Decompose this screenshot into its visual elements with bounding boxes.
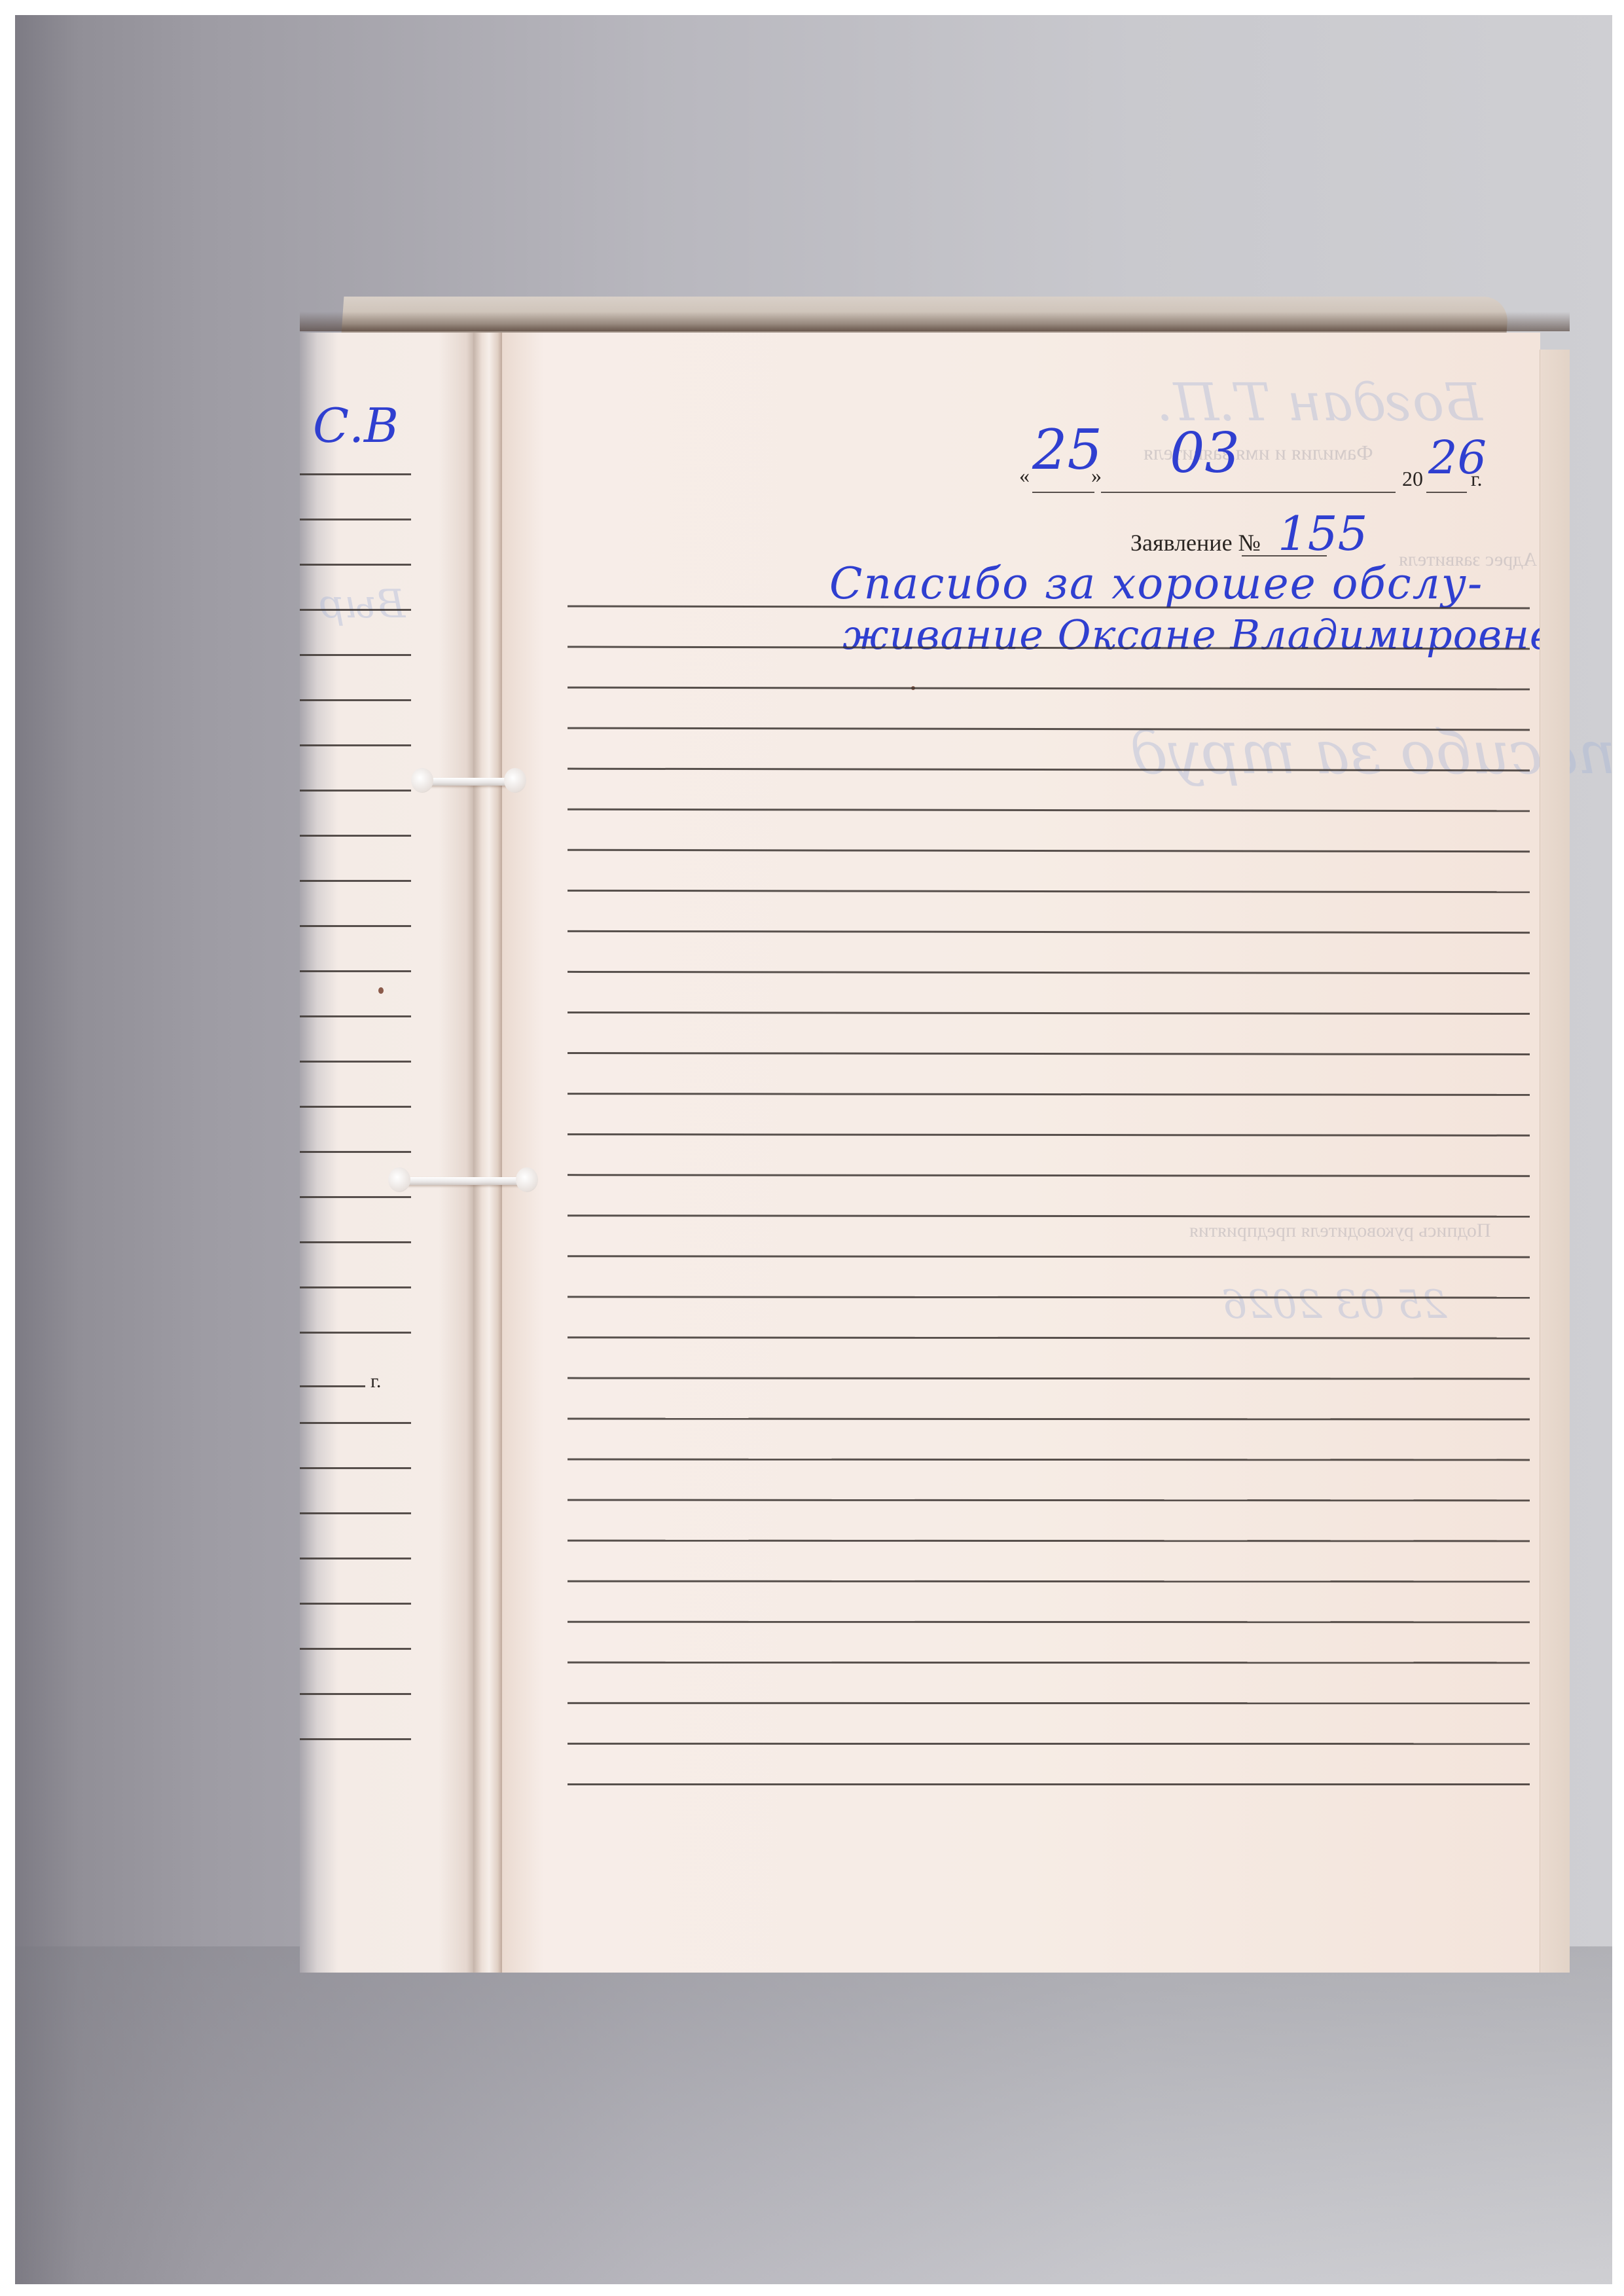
stub-ruled-line (300, 970, 411, 972)
stub-ruled-line (300, 835, 411, 837)
ruled-line (568, 971, 1530, 974)
ruled-line (568, 1255, 1530, 1258)
binding-knot-bottom-right (516, 1167, 538, 1192)
table-shadow (15, 1946, 1612, 2284)
date-year-underline (1426, 492, 1467, 493)
paper-speck (378, 987, 384, 994)
stub-ruled-line (300, 1015, 411, 1017)
ruled-line (568, 1743, 1530, 1745)
stub-ruled-line (300, 1648, 411, 1650)
form-page: Фамилия и имя заявителя Богдан Т.П. Адре… (502, 333, 1540, 1973)
stub-ruled-line (300, 880, 411, 882)
stub-ruled-line (300, 654, 411, 656)
stub-ruled-line (300, 1693, 411, 1695)
date-month: 03 (1170, 421, 1240, 485)
ruled-line (568, 1052, 1530, 1055)
ruled-line (568, 1540, 1530, 1542)
date-open-quote: « (1019, 464, 1030, 488)
ruled-line (568, 1621, 1530, 1624)
date-month-underline (1101, 492, 1396, 493)
stub-ruled-line (300, 473, 411, 475)
stub-ruled-line (300, 1558, 411, 1559)
ruled-line (568, 687, 1530, 691)
stub-ruled-line (300, 1196, 411, 1198)
left-year-mark: г. (370, 1370, 381, 1393)
left-page-stub: С.В г. Выр (300, 333, 473, 1973)
statement-label: Заявление № (1130, 529, 1261, 556)
ruled-line (568, 1336, 1530, 1339)
binding-knot-bottom-left (388, 1167, 410, 1192)
ruled-line (568, 1011, 1530, 1015)
complaint-book: С.В г. Выр Фамилия и имя заявителя Богда… (300, 326, 1570, 1973)
stub-ruled-line (300, 925, 411, 927)
ruled-line (568, 1417, 1530, 1420)
stub-ruled-line (300, 699, 411, 701)
stub-ruled-line (300, 790, 411, 792)
stub-ruled-line (300, 1061, 411, 1063)
statement-number-underline (1242, 555, 1327, 556)
stub-year-line (300, 1385, 365, 1387)
ruled-line (568, 930, 1530, 934)
stub-ruled-line (300, 744, 411, 746)
scan-background: С.В г. Выр Фамилия и имя заявителя Богда… (15, 15, 1612, 2284)
ruled-line (568, 1093, 1530, 1096)
stub-ruled-line (300, 609, 411, 611)
stub-ruled-line (300, 1241, 411, 1243)
stub-ruled-line (300, 1512, 411, 1514)
ruled-line (568, 849, 1530, 852)
stub-ruled-line (300, 564, 411, 566)
date-year-mark: г. (1471, 467, 1483, 491)
binding-spine (473, 333, 502, 1973)
ruled-line (568, 809, 1530, 812)
ruled-line (568, 1580, 1530, 1583)
body-line-1: Спасибо за хорошее обслу- (829, 558, 1483, 609)
stub-ruled-line (300, 1332, 411, 1334)
ruled-line (568, 1174, 1530, 1177)
statement-number: 155 (1278, 506, 1367, 561)
ruled-line (568, 1214, 1530, 1218)
stub-ruled-line (300, 519, 411, 520)
stub-ruled-line (300, 1467, 411, 1469)
body-line-2: живание Оксане Владимировне (842, 611, 1555, 659)
ruled-line (568, 1377, 1530, 1379)
date-close-quote: » (1091, 464, 1102, 488)
book-top-shadow (300, 312, 1570, 331)
stub-ruled-line (300, 1422, 411, 1424)
ruled-line (568, 1133, 1530, 1137)
left-fragment-handwriting: С.В (313, 398, 399, 453)
date-day-underline (1032, 492, 1094, 493)
page-block-edge (1540, 350, 1570, 1973)
ruled-line (568, 1662, 1530, 1664)
date-year-prefix: 20 (1402, 467, 1423, 491)
ruled-line (568, 890, 1530, 893)
ruled-line (568, 1499, 1530, 1502)
ruled-line (568, 1783, 1530, 1785)
ruled-line (568, 1702, 1530, 1704)
ruled-line (568, 1459, 1530, 1461)
bleed-signature-label: Подпись руководителя предприятия (1189, 1220, 1491, 1242)
binding-knot-top-right (504, 768, 526, 793)
stub-ruled-line (300, 1286, 411, 1288)
stub-ruled-line (300, 1603, 411, 1605)
stub-ruled-line (300, 1738, 411, 1740)
stub-ruled-line (300, 1106, 411, 1108)
bleed-date: 25 03 2026 (1222, 1282, 1447, 1328)
binding-knot-top-left (411, 768, 433, 793)
ruled-line (568, 1296, 1530, 1298)
binding-string-bottom (398, 1177, 529, 1185)
binding-string-top (421, 778, 516, 786)
stub-ruled-line (300, 1151, 411, 1153)
left-bleed-handwriting: Выр (319, 581, 405, 627)
